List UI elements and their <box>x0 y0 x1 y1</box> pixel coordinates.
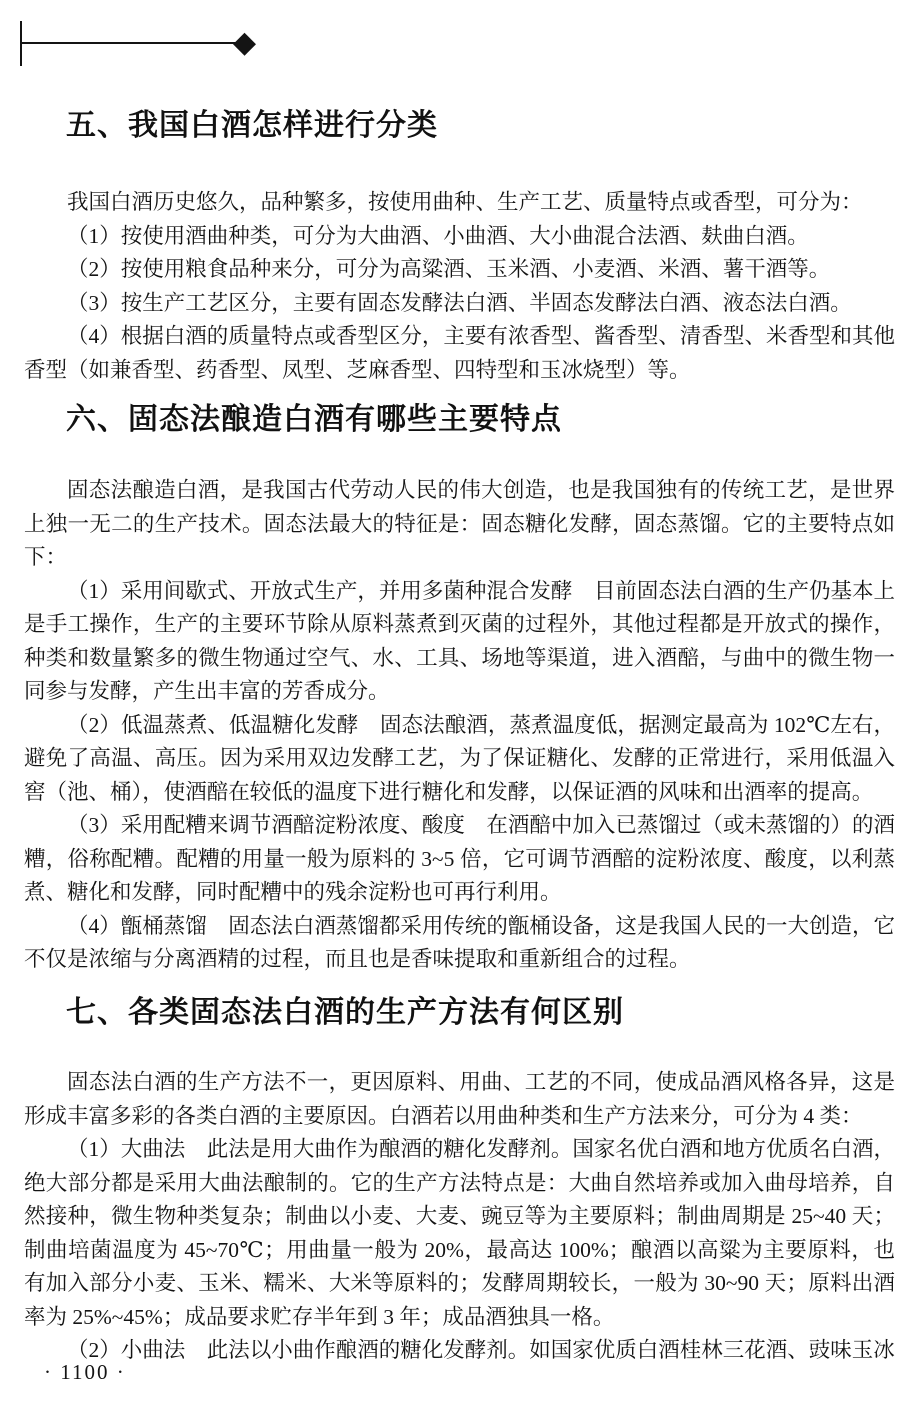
section-body-5: 我国白酒历史悠久，品种繁多，按使用曲种、生产工艺、质量特点或香型，可分为：（1）… <box>24 186 895 387</box>
paragraph: 我国白酒历史悠久，品种繁多，按使用曲种、生产工艺、质量特点或香型，可分为： <box>24 186 895 220</box>
paragraph: （3）采用配糟来调节酒醅淀粉浓度、酸度 在酒醅中加入已蒸馏过（或未蒸馏的）的酒糟… <box>24 809 895 910</box>
paragraph: （2）低温蒸煮、低温糖化发酵 固态法酿酒，蒸煮温度低，据测定最高为 102℃左右… <box>24 709 895 810</box>
paragraph: （1）大曲法 此法是用大曲作为酿酒的糖化发酵剂。国家名优白酒和地方优质名白酒，绝… <box>24 1133 895 1334</box>
ornament-rule-line <box>20 42 238 44</box>
paragraph: （4）根据白酒的质量特点或香型区分，主要有浓香型、酱香型、清香型、米香型和其他香… <box>24 320 895 387</box>
section-title-5: 五、我国白酒怎样进行分类 <box>66 108 438 144</box>
paragraph: 固态法白酒的生产方法不一，更因原料、用曲、工艺的不同，使成品酒风格各异，这是形成… <box>24 1066 895 1133</box>
paragraph: （1）按使用酒曲种类，可分为大曲酒、小曲酒、大小曲混合法酒、麸曲白酒。 <box>24 220 895 254</box>
page-number: · 1100 · <box>44 1359 126 1385</box>
paragraph: （2）按使用粮食品种来分，可分为高粱酒、玉米酒、小麦酒、米酒、薯干酒等。 <box>24 253 895 287</box>
book-page: ◆ 五、我国白酒怎样进行分类 我国白酒历史悠久，品种繁多，按使用曲种、生产工艺、… <box>0 0 920 1407</box>
paragraph: 固态法酿造白酒，是我国古代劳动人民的伟大创造，也是我国独有的传统工艺，是世界上独… <box>24 474 895 575</box>
paragraph: （3）按生产工艺区分，主要有固态发酵法白酒、半固态发酵法白酒、液态法白酒。 <box>24 287 895 321</box>
paragraph: （1）采用间歇式、开放式生产，并用多菌种混合发酵 目前固态法白酒的生产仍基本上是… <box>24 575 895 709</box>
paragraph: （4）甑桶蒸馏 固态法白酒蒸馏都采用传统的甑桶设备，这是我国人民的一大创造，它不… <box>24 910 895 977</box>
diamond-icon: ◆ <box>233 27 256 59</box>
paragraph: （2）小曲法 此法以小曲作酿酒的糖化发酵剂。如国家优质白酒桂林三花酒、豉味玉冰 <box>24 1334 895 1368</box>
section-title-6: 六、固态法酿造白酒有哪些主要特点 <box>66 402 562 438</box>
section-body-7: 固态法白酒的生产方法不一，更因原料、用曲、工艺的不同，使成品酒风格各异，这是形成… <box>24 1066 895 1368</box>
section-body-6: 固态法酿造白酒，是我国古代劳动人民的伟大创造，也是我国独有的传统工艺，是世界上独… <box>24 474 895 977</box>
section-title-7: 七、各类固态法白酒的生产方法有何区别 <box>66 995 624 1031</box>
